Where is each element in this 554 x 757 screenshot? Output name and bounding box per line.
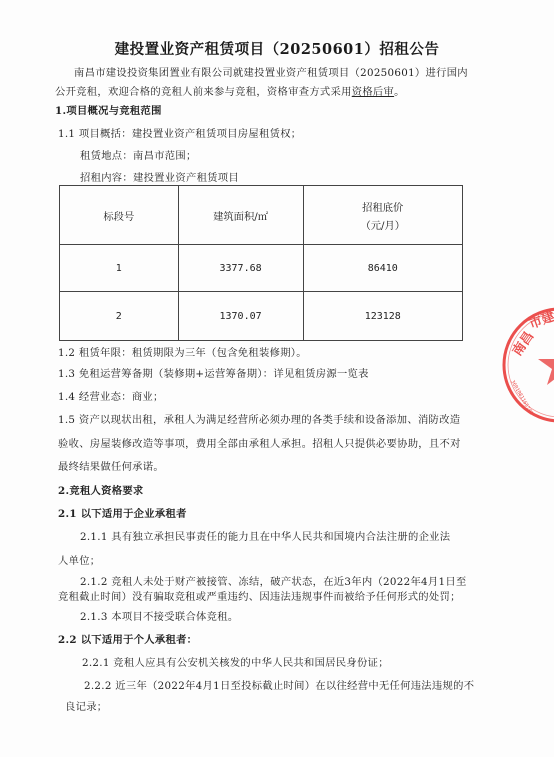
section-2-1-1-line-1: 2.1.1 具有独立承担民事责任的能力且在中华人民共和国境内合法注册的企业法 xyxy=(80,528,450,543)
rent-content: 招租内容：建投置业资产租赁项目 xyxy=(80,169,239,184)
qualification-method: 资格后审 xyxy=(352,86,394,98)
section-2-1-3: 2.1.3 本项目不接受联合体竞租。 xyxy=(80,608,238,623)
reserve-price-cell: 123128 xyxy=(303,292,462,341)
section-2-2-1: 2.2.1 竞租人应具有公安机关核发的中华人民共和国居民身份证； xyxy=(82,654,389,669)
document-page: 建投置业资产租赁项目（20250601）招租公告 南昌市建设投资集团置业有限公司… xyxy=(0,0,554,757)
rent-lot-table: 标段号 建筑面积/㎡ 招租底价 （元/月） 1 3377.68 86410 2 … xyxy=(59,185,463,341)
reserve-price-cell: 86410 xyxy=(303,245,462,292)
section-1-5-line-1: 1.5 资产以现状出租，承租人为满足经营所必须办理的各类手续和设备添加、消防改造 xyxy=(58,411,460,426)
document-title: 建投置业资产租赁项目（20250601）招租公告 xyxy=(0,38,554,59)
svg-text:南昌: 南昌 xyxy=(509,328,537,358)
section-2-1-2-line-2: 竞租截止时间）没有骗取竞租或严重违约、因违法违规事件而被给予任何形式的处罚； xyxy=(58,588,461,603)
intro-line-1: 南昌市建设投资集团置业有限公司就建投置业资产租赁项目（20250601）进行国内 xyxy=(74,64,468,79)
intro-line-2-prefix: 公开竞租，欢迎合格的竞租人前来参与竞租，资格审查方式采用 xyxy=(55,86,352,98)
section-1-5-line-2: 验收、房屋装修改造等事项，费用全部由承租人承担。招租人只提供必要协助，且不对 xyxy=(58,435,461,450)
header-reserve-price: 招租底价 （元/月） xyxy=(303,186,462,245)
section-2-2: 2.2 以下适用于个人承租者： xyxy=(58,631,197,646)
floor-area-cell: 3377.68 xyxy=(178,245,303,292)
lot-number-cell: 1 xyxy=(60,245,179,292)
lot-number-cell: 2 xyxy=(60,292,179,341)
section-1-2: 1.2 租赁年限：租赁期限为三年（包含免租装修期）。 xyxy=(58,344,307,359)
table-row: 1 3377.68 86410 xyxy=(60,245,463,292)
section-1-1: 1.1 项目概括：建投置业资产租赁项目房屋租赁权； xyxy=(58,125,301,140)
intro-line-2: 公开竞租，欢迎合格的竞租人前来参与竞租，资格审查方式采用资格后审。 xyxy=(55,83,405,98)
section-2-1: 2.1 以下适用于企业承租者 xyxy=(58,505,187,520)
section-2-2-2-line-1: 2.2.2 近三年（2022年4月1日至投标截止时间）在以往经营中无任何违法违规… xyxy=(84,677,474,692)
section-1-heading: 1.项目概况与竞租范围 xyxy=(55,102,162,117)
header-reserve-price-label: 招租底价 xyxy=(304,199,462,214)
section-2-1-1-line-2: 人单位； xyxy=(58,552,100,567)
intro-line-2-suffix: 。 xyxy=(394,86,405,98)
section-1-3: 1.3 免租运营筹备期（装修期+运营筹备期）：详见租赁房源一览表 xyxy=(58,365,369,380)
header-floor-area: 建筑面积/㎡ xyxy=(178,186,303,245)
section-2-heading: 2.竞租人资格要求 xyxy=(58,482,144,497)
floor-area-cell: 1370.07 xyxy=(178,292,303,341)
section-2-1-2-line-1: 2.1.2 竞租人未处于财产被接管、冻结，破产状态，在近3年内（2022年4月1… xyxy=(80,573,467,588)
company-seal-icon: 南昌 市建 3601081165780 xyxy=(500,305,554,425)
table-row: 2 1370.07 123128 xyxy=(60,292,463,341)
table-header-row: 标段号 建筑面积/㎡ 招租底价 （元/月） xyxy=(60,186,463,245)
rent-location: 租赁地点：南昌市范围； xyxy=(80,147,197,162)
svg-text:3601081165780: 3601081165780 xyxy=(509,379,534,416)
section-1-4: 1.4 经营业态：商业； xyxy=(58,388,164,403)
section-2-2-2-line-2: 良记录； xyxy=(65,698,107,713)
section-1-5-line-3: 最终结果做任何承诺。 xyxy=(58,458,164,473)
header-reserve-price-unit: （元/月） xyxy=(304,217,462,232)
header-lot-number: 标段号 xyxy=(60,186,179,245)
svg-text:市建: 市建 xyxy=(527,308,554,332)
